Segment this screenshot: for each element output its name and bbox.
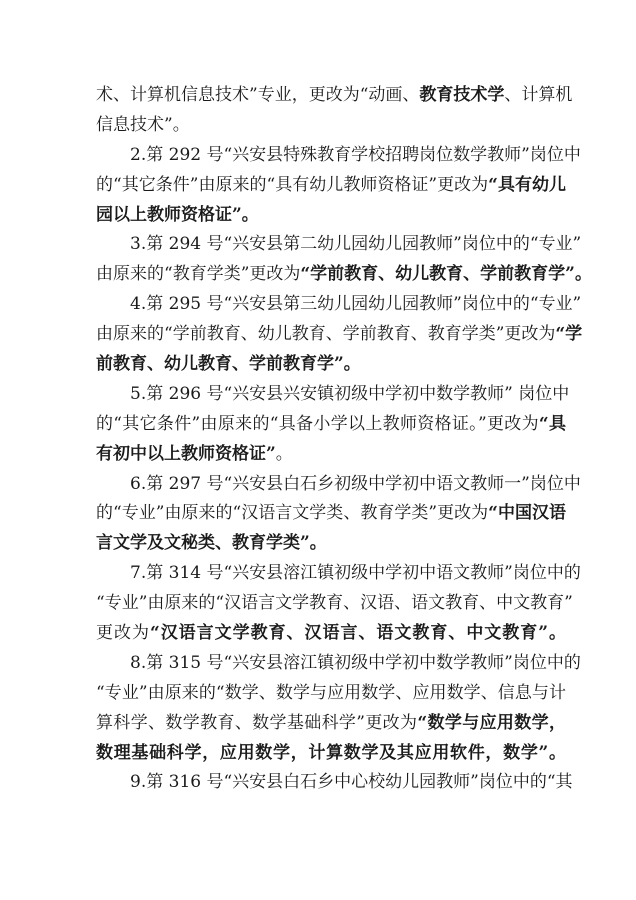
bold-revision-text: “学: [555, 324, 582, 344]
body-text: 由原来的“学前教育、幼儿教育、学前教育、教育学类”更改为: [96, 324, 555, 344]
body-text: “专业”由原来的“数学、数学与应用数学、应用数学、信息与计: [96, 683, 566, 703]
body-text: 7.第 314 号“兴安县溶江镇初级中学初中语文教师”岗位中的: [130, 563, 581, 583]
text-line: 算科学、数学教育、数学基础科学”更改为“数学与应用数学，: [96, 709, 566, 739]
text-line: 的“其它条件”由原来的“具备小学以上教师资格证。”更改为“具: [96, 410, 566, 440]
text-line: 术、计算机信息技术”专业，更改为“动画、教育技术学、计算机: [96, 81, 566, 111]
text-line: 由原来的“教育学类”更改为“学前教育、幼儿教育、学前教育学”。: [96, 260, 566, 290]
bold-revision-text: “学前教育、幼儿教育、学前教育学”。: [300, 264, 592, 284]
bold-revision-text: “具: [539, 414, 566, 434]
bold-revision-text: 有初中以上教师资格证”: [96, 444, 276, 464]
paragraph-start-line: 5.第 296 号“兴安县兴安镇初级中学初中数学教师” 岗位中: [96, 380, 566, 410]
body-text: 、计算机: [504, 85, 572, 105]
bold-revision-text: 前教育、幼儿教育、学前教育学”。: [96, 354, 361, 374]
body-text: 算科学、数学教育、数学基础科学”更改为: [96, 713, 417, 733]
paragraph-start-line: 4.第 295 号“兴安县第三幼儿园幼儿园教师”岗位中的“专业”: [96, 290, 566, 320]
paragraph-start-line: 7.第 314 号“兴安县溶江镇初级中学初中语文教师”岗位中的: [96, 559, 566, 589]
body-text: “专业”由原来的“汉语言文学教育、汉语、语文教育、中文教育”: [96, 593, 573, 613]
text-line: 的“其它条件”由原来的“具有幼儿教师资格证”更改为“具有幼儿: [96, 171, 566, 201]
text-line: 有初中以上教师资格证”。: [96, 440, 566, 470]
text-line: 前教育、幼儿教育、学前教育学”。: [96, 350, 566, 380]
body-text: 5.第 296 号“兴安县兴安镇初级中学初中数学教师” 岗位中: [130, 384, 569, 404]
text-line: 信息技术”。: [96, 111, 566, 141]
text-line: 园以上教师资格证”。: [96, 201, 566, 231]
body-text: 的“专业”由原来的“汉语言文学类、教育学类”更改为: [96, 503, 488, 523]
text-line: 的“专业”由原来的“汉语言文学类、教育学类”更改为“中国汉语: [96, 499, 566, 529]
body-text: 8.第 315 号“兴安县溶江镇初级中学初中数学教师”岗位中的: [130, 653, 581, 673]
paragraph-start-line: 9.第 316 号“兴安县白石乡中心校幼儿园教师”岗位中的“其: [96, 768, 566, 798]
bold-revision-text: “汉语言文学教育、汉语言、语文教育、中文教育”。: [150, 623, 566, 643]
body-text: 。: [276, 444, 293, 464]
bold-revision-text: “数学与应用数学，: [417, 713, 566, 733]
body-text: 信息技术”。: [96, 115, 190, 135]
body-text: 的“其它条件”由原来的“具有幼儿教师资格证”更改为: [96, 175, 488, 195]
body-text: 9.第 316 号“兴安县白石乡中心校幼儿园教师”岗位中的“其: [130, 772, 573, 792]
bold-revision-text: “中国汉语: [488, 503, 566, 523]
bold-revision-text: “具有幼儿: [488, 175, 566, 195]
bold-revision-text: 言文学及文秘类、教育学类”。: [96, 533, 327, 553]
document-page: 术、计算机信息技术”专业，更改为“动画、教育技术学、计算机信息技术”。2.第 2…: [96, 81, 566, 798]
body-text: 术、计算机信息技术”专业，更改为“动画、: [96, 85, 419, 105]
paragraph-start-line: 2.第 292 号“兴安县特殊教育学校招聘岗位数学教师”岗位中: [96, 141, 566, 171]
text-line: 数理基础科学，应用数学，计算数学及其应用软件，数学”。: [96, 739, 566, 769]
bold-revision-text: 教育技术学: [419, 85, 504, 105]
body-text: 6.第 297 号“兴安县白石乡初级中学初中语文教师一”岗位中: [130, 474, 581, 494]
bold-revision-text: 园以上教师资格证”。: [96, 205, 259, 225]
text-line: 更改为“汉语言文学教育、汉语言、语文教育、中文教育”。: [96, 619, 566, 649]
text-line: “专业”由原来的“数学、数学与应用数学、应用数学、信息与计: [96, 679, 566, 709]
bold-revision-text: 数理基础科学，应用数学，计算数学及其应用软件，数学”。: [96, 743, 566, 763]
paragraph-start-line: 8.第 315 号“兴安县溶江镇初级中学初中数学教师”岗位中的: [96, 649, 566, 679]
body-text: 由原来的“教育学类”更改为: [96, 264, 300, 284]
paragraph-start-line: 6.第 297 号“兴安县白石乡初级中学初中语文教师一”岗位中: [96, 470, 566, 500]
body-text: 更改为: [96, 623, 150, 643]
body-text: 3.第 294 号“兴安县第二幼儿园幼儿园教师”岗位中的“专业”: [130, 234, 581, 254]
body-text: 的“其它条件”由原来的“具备小学以上教师资格证。”更改为: [96, 414, 539, 434]
paragraph-start-line: 3.第 294 号“兴安县第二幼儿园幼儿园教师”岗位中的“专业”: [96, 230, 566, 260]
text-line: 言文学及文秘类、教育学类”。: [96, 529, 566, 559]
text-line: 由原来的“学前教育、幼儿教育、学前教育、教育学类”更改为“学: [96, 320, 566, 350]
body-text: 4.第 295 号“兴安县第三幼儿园幼儿园教师”岗位中的“专业”: [130, 294, 581, 314]
text-line: “专业”由原来的“汉语言文学教育、汉语、语文教育、中文教育”: [96, 589, 566, 619]
body-text: 2.第 292 号“兴安县特殊教育学校招聘岗位数学教师”岗位中: [130, 145, 581, 165]
